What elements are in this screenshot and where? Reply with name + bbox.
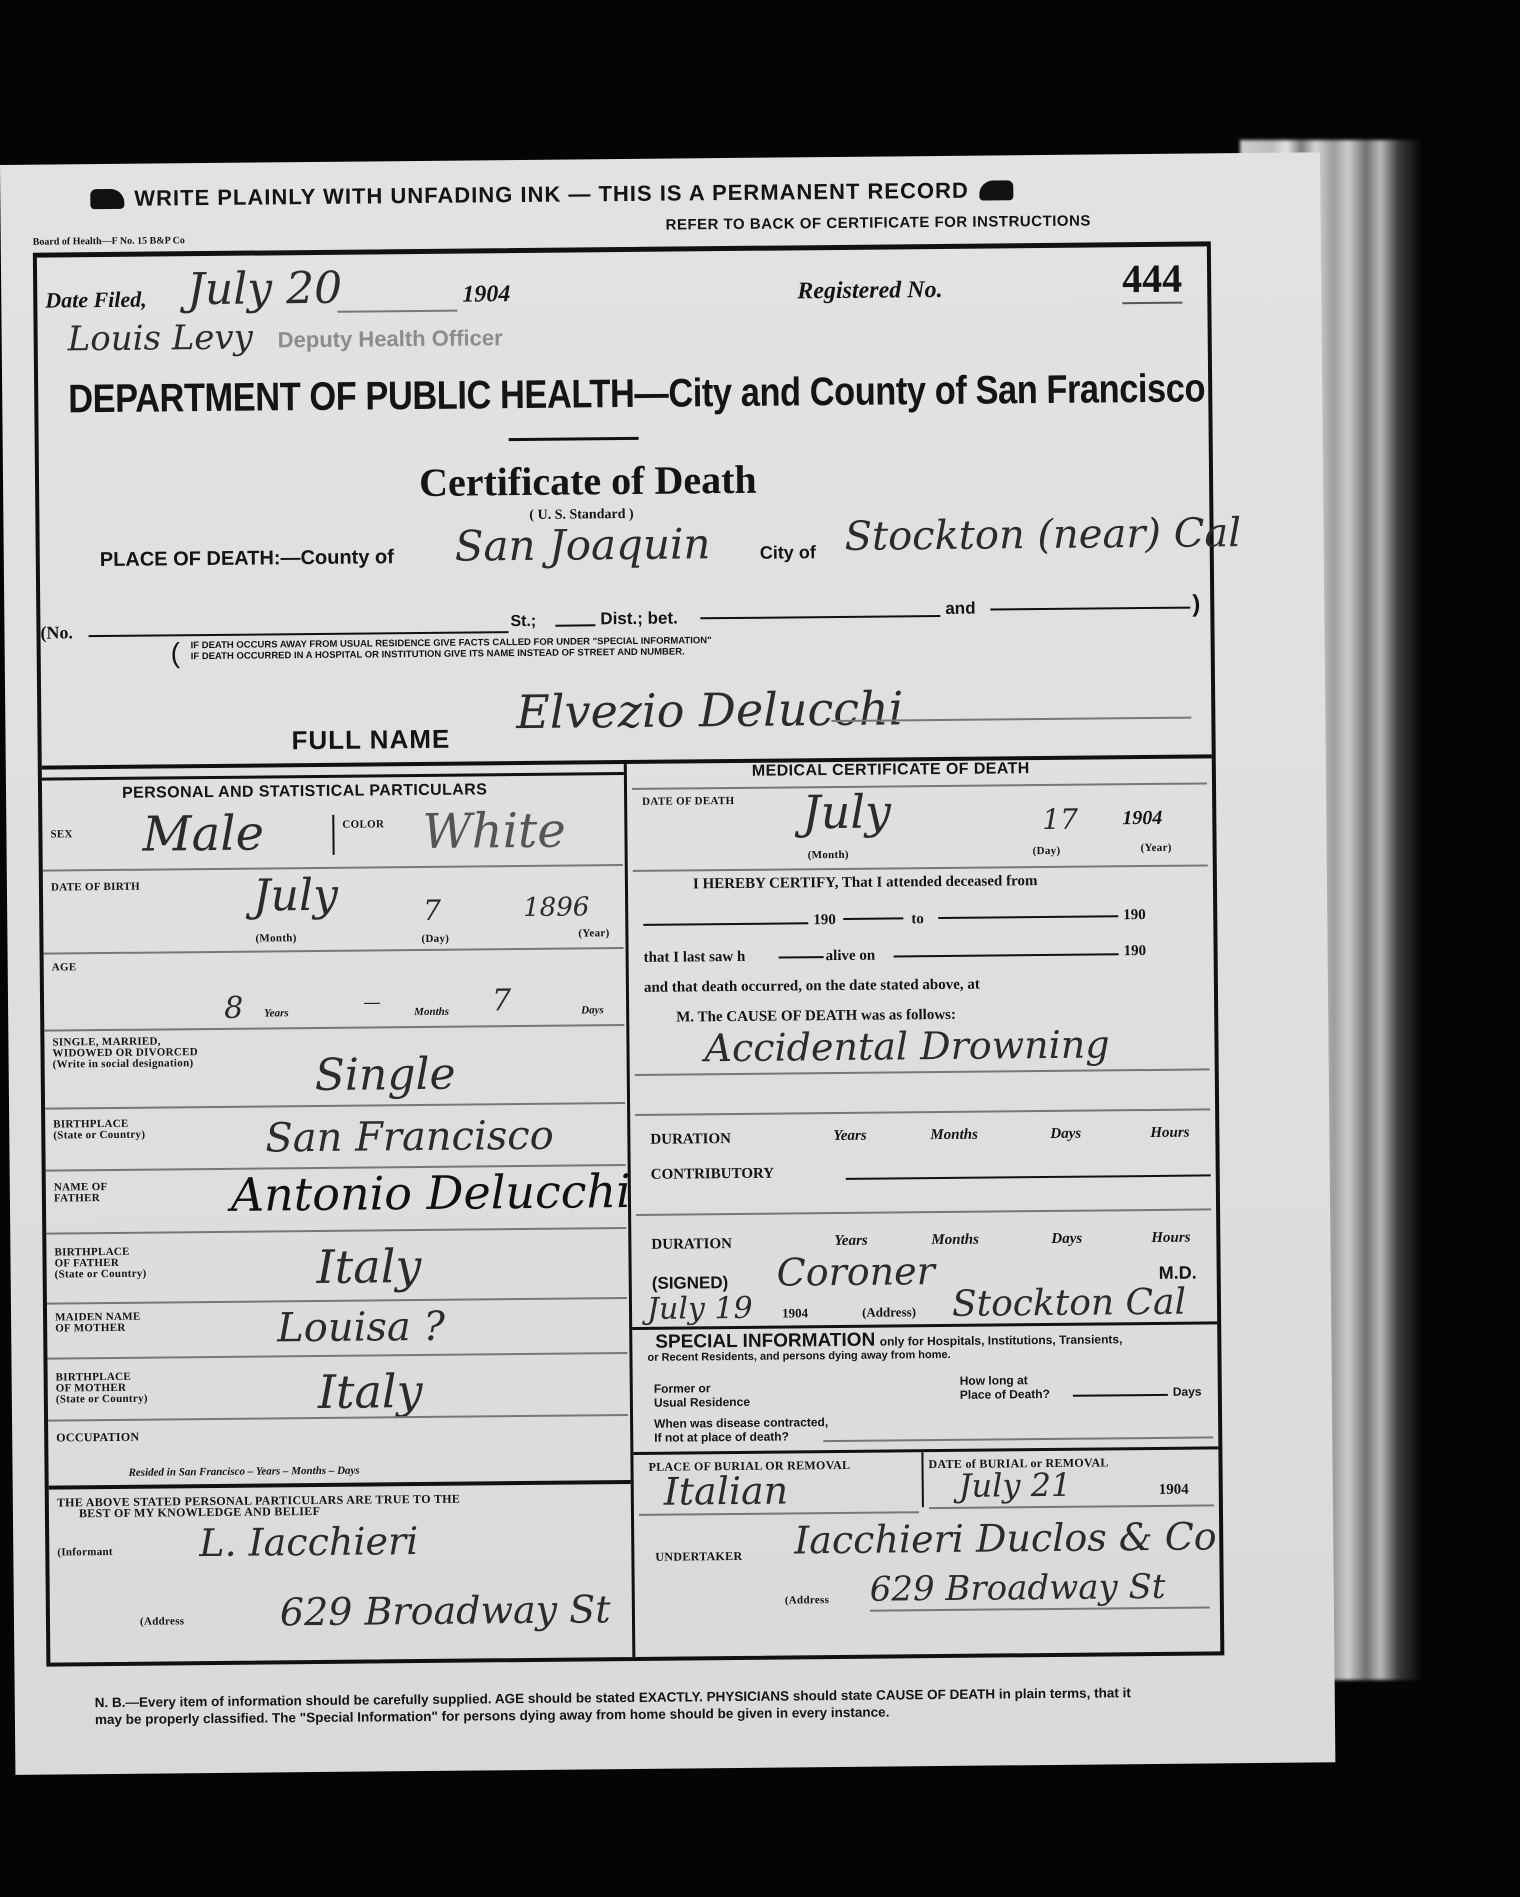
residence-label-1: Former or — [654, 1381, 750, 1396]
officer-title-stamp: Deputy Health Officer — [278, 325, 503, 353]
pointing-hand-icon — [979, 180, 1013, 200]
officer-signature: Louis Levy — [67, 318, 253, 360]
mother-label: MAIDEN NAME OF MOTHER — [55, 1312, 141, 1335]
informant-label: (Informant — [57, 1547, 113, 1559]
certify-190-a: 190 — [813, 912, 836, 929]
informant-statement-2: BEST OF MY KNOWLEDGE AND BELIEF — [57, 1505, 460, 1520]
mother-birthplace-label: BIRTHPLACE OF MOTHER (State or Country) — [56, 1372, 148, 1406]
signed-value: Coroner — [776, 1249, 935, 1295]
duration-hours-2: Hours — [1151, 1230, 1190, 1247]
age-years: 8 — [224, 991, 243, 1026]
md-label: M.D. — [1159, 1263, 1197, 1284]
color-label: COLOR — [342, 819, 384, 830]
sex-value: Male — [142, 805, 264, 862]
certify-190-c: 190 — [1124, 943, 1147, 960]
dod-month-hint: (Month) — [808, 850, 849, 861]
undertaker-address-label: (Address — [785, 1595, 829, 1606]
full-name-label: FULL NAME — [291, 724, 450, 757]
dob-month: July — [253, 870, 338, 922]
age-months-hint: Months — [414, 1006, 449, 1018]
certify-alive-on: alive on — [826, 948, 876, 965]
howlong-label-1: How long at — [960, 1373, 1050, 1388]
dod-year-hint: (Year) — [1141, 843, 1172, 854]
board-form-number: Board of Health—F No. 15 B&P Co — [33, 235, 185, 247]
dod-label: DATE OF DEATH — [642, 796, 734, 808]
certify-190-b: 190 — [1123, 907, 1146, 924]
city-label: City of — [760, 542, 816, 564]
date-filed-year: 1904 — [462, 281, 510, 308]
dob-label: DATE OF BIRTH — [51, 882, 140, 894]
marital-label-3: (Write in social designation) — [53, 1058, 199, 1070]
contracted-label-1: When was disease contracted, — [654, 1415, 828, 1431]
department-title: DEPARTMENT OF PUBLIC HEALTH—City and Cou… — [68, 366, 1205, 422]
dod-day: 17 — [1042, 803, 1078, 836]
father-bp-label-3: (State or Country) — [55, 1269, 147, 1281]
duration-months-2: Months — [931, 1232, 979, 1249]
street-label: St.; — [510, 613, 536, 631]
undertaker-address: 629 Broadway St — [870, 1567, 1166, 1610]
date-filed-value: July 20 — [187, 263, 342, 315]
birthplace-value: San Francisco — [265, 1113, 554, 1162]
district-label: Dist.; bet. — [600, 609, 678, 630]
burial-place: Italian — [664, 1468, 789, 1513]
occupation-label: OCCUPATION — [56, 1432, 139, 1444]
refer-instructions: REFER TO BACK OF CERTIFICATE FOR INSTRUC… — [666, 213, 1091, 234]
color-value: White — [422, 803, 566, 860]
dod-month: July — [802, 784, 891, 839]
medical-heading: MEDICAL CERTIFICATE OF DEATH — [752, 760, 1030, 781]
special-heading-line2: or Recent Residents, and persons dying a… — [647, 1349, 950, 1364]
duration-days-2: Days — [1051, 1231, 1082, 1248]
age-days: 7 — [492, 983, 511, 1018]
cause-of-death: Accidental Drowning — [704, 1022, 1109, 1070]
dob-year-hint: (Year) — [578, 928, 609, 939]
mother-bp-label-3: (State or Country) — [56, 1394, 148, 1406]
county-value: San Joaquin — [454, 519, 710, 570]
certificate-title: Certificate of Death — [419, 456, 757, 506]
city-value: Stockton (near) Cal — [844, 510, 1241, 560]
marital-label: SINGLE, MARRIED, WIDOWED OR DIVORCED (Wr… — [52, 1036, 198, 1070]
warning-text: WRITE PLAINLY WITH UNFADING INK — THIS I… — [134, 178, 969, 211]
age-months: — — [364, 994, 380, 1012]
residence-label: Former or Usual Residence — [654, 1381, 750, 1410]
paren-close: ) — [1192, 590, 1200, 618]
contracted-label-2: If not at place of death? — [654, 1429, 828, 1445]
and-label: and — [945, 599, 975, 619]
duration-days-1: Days — [1050, 1126, 1081, 1143]
pointing-hand-icon — [90, 189, 124, 209]
certify-line-2: that I last saw h — [644, 949, 746, 967]
age-years-hint: Years — [264, 1007, 289, 1019]
date-filed-label: Date Filed, — [45, 287, 147, 314]
father-birthplace-value: Italy — [316, 1239, 421, 1294]
duration-label-2: DURATION — [651, 1236, 732, 1254]
age-label: AGE — [52, 962, 77, 973]
contracted-label: When was disease contracted, If not at p… — [654, 1415, 828, 1445]
warning-banner: WRITE PLAINLY WITH UNFADING INK — THIS I… — [80, 177, 1023, 212]
place-of-death-label: PLACE OF DEATH:—County of — [100, 546, 394, 572]
dob-month-hint: (Month) — [255, 933, 296, 944]
burial-year: 1904 — [1159, 1482, 1189, 1499]
medical-address-label: (Address) — [862, 1304, 916, 1321]
registered-no-value: 444 — [1122, 255, 1182, 305]
certificate-form: Date Filed, July 20 1904 Registered No. … — [33, 241, 1225, 1666]
father-value: Antonio Delucchi — [231, 1164, 631, 1222]
sex-label: SEX — [50, 829, 72, 840]
howlong-label-2: Place of Death? — [960, 1387, 1050, 1402]
paren-open: ( — [171, 637, 181, 669]
footnote: N. B.—Every item of information should b… — [95, 1684, 1155, 1728]
informant-address: 629 Broadway St — [280, 1587, 611, 1634]
mother-value: Louisa ? — [277, 1304, 445, 1352]
certify-line-1: I HEREBY CERTIFY, That I attended deceas… — [693, 873, 1038, 893]
duration-years-2: Years — [834, 1233, 868, 1250]
medical-address: Stockton Cal — [952, 1282, 1186, 1325]
birthplace-label: BIRTHPLACE (State or Country) — [53, 1119, 145, 1142]
special-heading-rest: only for Hospitals, Institutions, Transi… — [880, 1332, 1123, 1348]
informant-name: L. Iacchieri — [199, 1519, 418, 1565]
signed-year: 1904 — [782, 1305, 808, 1321]
howlong-unit: Days — [1173, 1385, 1202, 1399]
duration-months-1: Months — [930, 1127, 978, 1144]
howlong-label: How long at Place of Death? — [960, 1373, 1050, 1402]
residence-label-2: Usual Residence — [654, 1395, 750, 1410]
dob-day: 7 — [423, 894, 441, 927]
personal-heading: PERSONAL AND STATISTICAL PARTICULARS — [122, 781, 487, 803]
dod-year: 1904 — [1122, 807, 1162, 830]
place-note: IF DEATH OCCURS AWAY FROM USUAL RESIDENC… — [191, 635, 712, 662]
contributory-label: CONTRIBUTORY — [651, 1166, 775, 1184]
street-no-label: (No. — [40, 622, 73, 643]
undertaker-label: UNDERTAKER — [655, 1551, 742, 1563]
informant-address-label: (Address — [140, 1616, 184, 1627]
registered-no-label: Registered No. — [797, 277, 943, 305]
dod-day-hint: (Day) — [1033, 846, 1061, 857]
father-label-2: FATHER — [54, 1193, 108, 1205]
certify-line-3: and that death occurred, on the date sta… — [644, 977, 980, 997]
signed-date: July 19 — [647, 1291, 753, 1327]
father-birthplace-label: BIRTHPLACE OF FATHER (State or Country) — [54, 1247, 146, 1281]
burial-date: July 21 — [959, 1466, 1072, 1505]
certify-to: to — [911, 911, 924, 928]
certificate-page: WRITE PLAINLY WITH UNFADING INK — THIS I… — [0, 152, 1335, 1775]
undertaker-value: Iacchieri Duclos & Co — [794, 1514, 1217, 1562]
dob-year: 1896 — [523, 892, 589, 923]
birthplace-label-2: (State or Country) — [53, 1130, 145, 1142]
father-label: NAME OF FATHER — [54, 1182, 108, 1205]
marital-value: Single — [315, 1049, 456, 1101]
resided-line: Resided in San Francisco – Years – Month… — [129, 1465, 360, 1479]
informant-statement: THE ABOVE STATED PERSONAL PARTICULARS AR… — [57, 1494, 461, 1520]
duration-label-1: DURATION — [650, 1131, 731, 1149]
age-days-hint: Days — [581, 1004, 604, 1016]
duration-hours-1: Hours — [1150, 1125, 1189, 1142]
mother-birthplace-value: Italy — [318, 1364, 423, 1419]
duration-years-1: Years — [833, 1128, 867, 1145]
full-name-value: Elvezio Delucchi — [516, 681, 904, 739]
dob-day-hint: (Day) — [421, 934, 449, 945]
mother-label-2: OF MOTHER — [55, 1323, 141, 1335]
